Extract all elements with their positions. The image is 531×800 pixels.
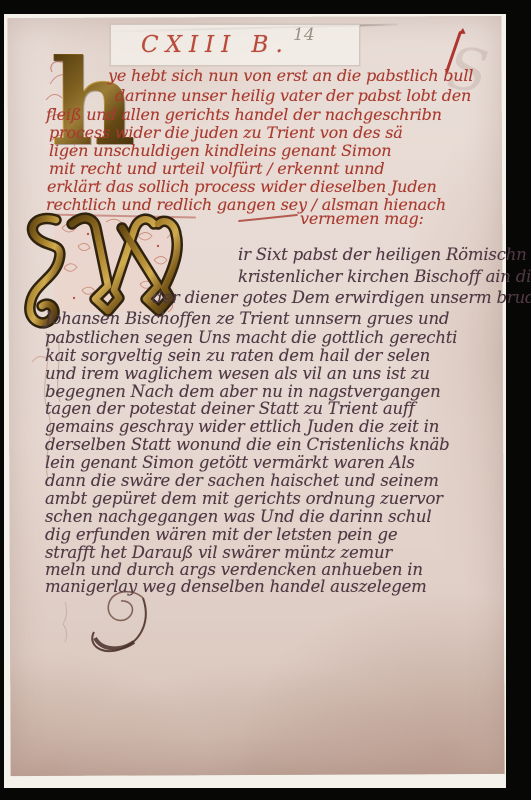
body-line: kait sorgveltig sein zu raten dem hail d… [45, 348, 430, 365]
body-line: ambt gepüret dem mit gerichts ordnung zu… [45, 491, 443, 508]
rubric-line: process wider die juden zu Trient von de… [49, 125, 403, 141]
body-line: gemains geschray wider ettlich Juden die… [45, 419, 439, 436]
rubric-line: erklärt das sollich process wider diesel… [47, 179, 437, 195]
pencil-note: 14 [293, 25, 315, 45]
body-line: derselben Statt wonund die ein Cristenli… [45, 437, 450, 454]
rubric-line: mit recht und urteil volfürt / erkennt u… [49, 161, 384, 177]
body-line: und irem waglichem wesen als vil an uns … [45, 366, 430, 383]
rubric-line: darinne unser heilig vater der pabst lob… [115, 88, 471, 104]
body-line: schen nachgegangen was Und die darinn sc… [45, 509, 431, 526]
body-line: tagen der potestat deiner Statt zu Trien… [45, 401, 415, 418]
shelfmark-label-box: CXIII B. [110, 24, 360, 66]
body-line: dig erfunden wären mit der letsten pein … [45, 527, 397, 544]
body-line: ir Sixt pabst der heiligen Römischn [238, 247, 527, 264]
body-line: Johansen Bischoffen ze Trient unnsern gr… [45, 311, 449, 328]
manuscript-photo: CXIII B. 14 S h ye hebt sich nun von ers… [0, 0, 531, 800]
rubric-line: ligen unschuldigen kindleins genant Simo… [49, 143, 391, 159]
flourish-dash [238, 214, 298, 222]
rubric-line: vernemen mag: [300, 211, 424, 227]
body-line: pabstlichen segen Uns macht die gottlich… [45, 330, 457, 347]
pen-swash-flourish [55, 588, 175, 673]
initial-w-letter: W [18, 211, 19, 212]
body-line: lein genant Simon getött vermärkt waren … [45, 455, 415, 472]
rubric-line: ye hebt sich nun von erst an die pabstli… [108, 68, 473, 84]
page-content: CXIII B. 14 S h ye hebt sich nun von ers… [0, 0, 531, 800]
rubric-line: fleiß und allen gerichts handel der nach… [46, 107, 442, 123]
body-line: kristenlicher kirchen Bischoff ain die [238, 269, 531, 286]
body-line: der diener gotes Dem erwirdigen unserm b… [152, 290, 531, 307]
shelfmark-text: CXIII B. [141, 32, 290, 58]
body-line: dann die swäre der sachen haischet und s… [45, 473, 439, 490]
